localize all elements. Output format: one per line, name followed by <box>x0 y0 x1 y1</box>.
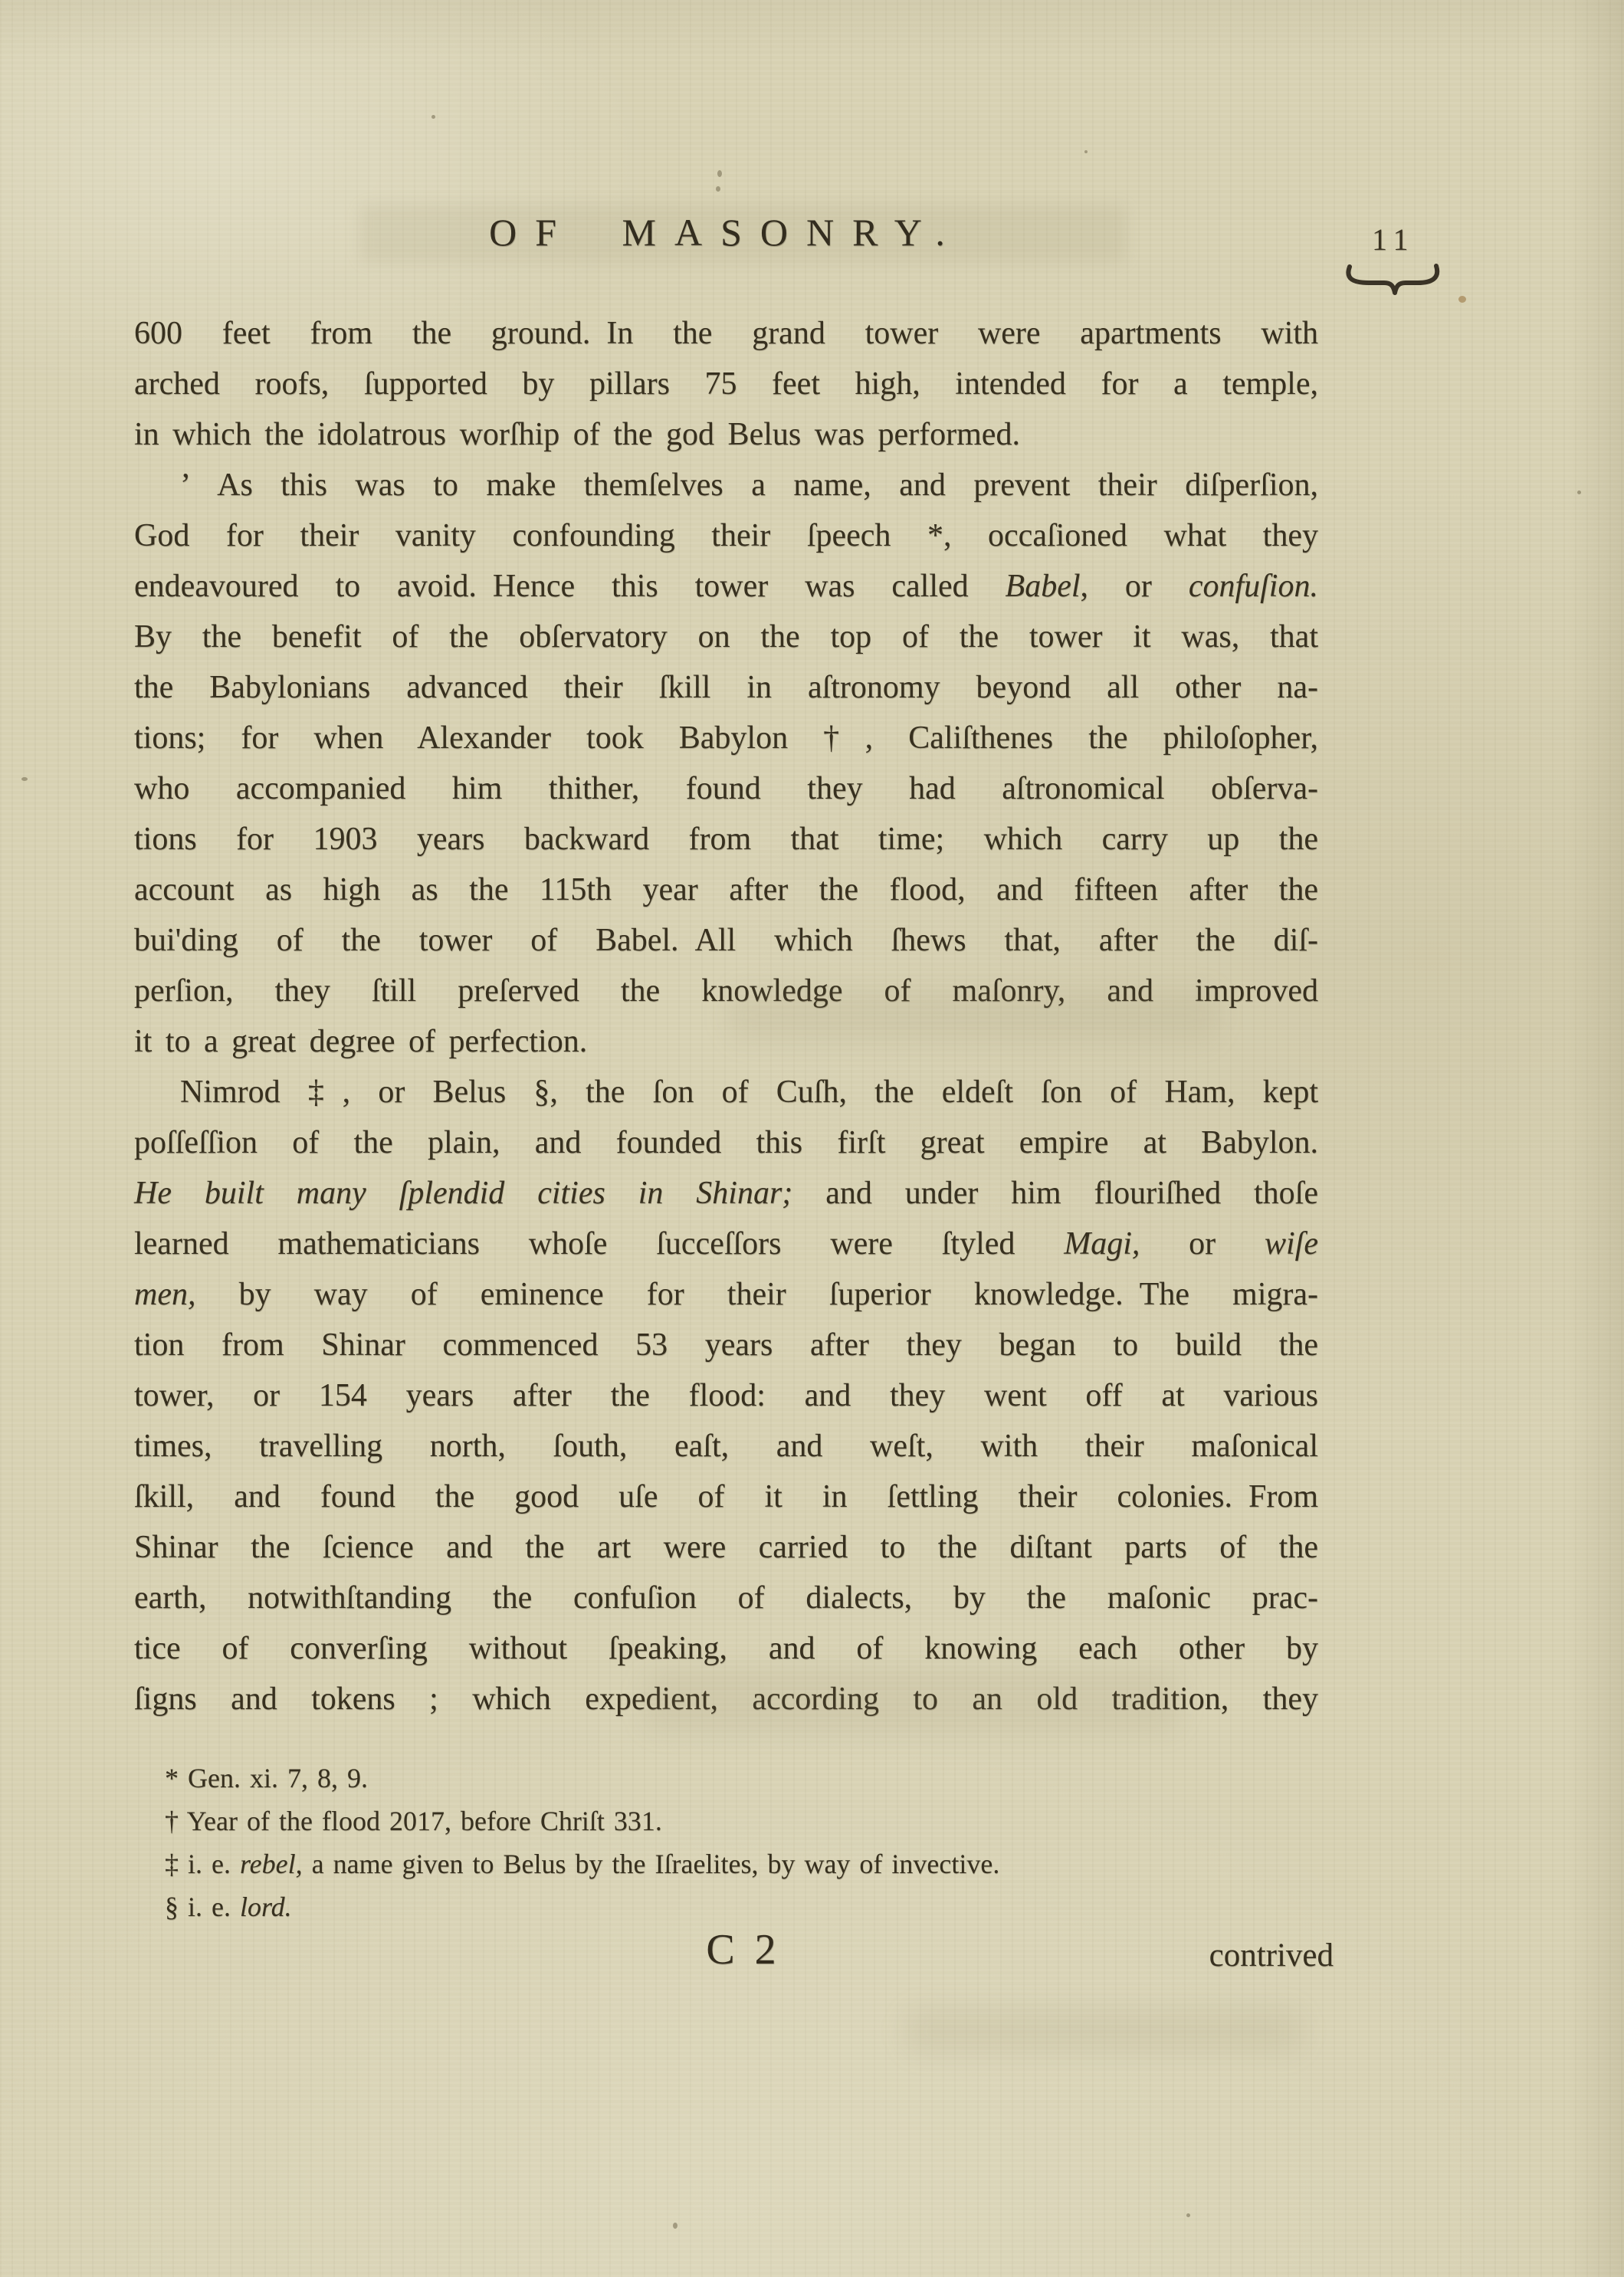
text-line: † Year of the flood 2017, before Chriſt … <box>165 1800 1330 1842</box>
text-line: Shinar the ſcience and the art were carr… <box>134 1522 1318 1573</box>
text-segment: earth, notwithſtanding the confuſion of … <box>134 1580 1318 1616</box>
text-segment: a name given to Belus by the Iſraelites,… <box>303 1849 1000 1879</box>
brace-flourish-icon <box>1343 261 1444 297</box>
text-line: men, by way of eminence for their ſuperi… <box>134 1269 1318 1320</box>
text-line: arched roofs, ſupported by pillars 75 fe… <box>134 359 1318 409</box>
paper-speck <box>716 186 720 192</box>
text-segment: arched roofs, ſupported by pillars 75 fe… <box>134 366 1318 402</box>
paper-speck <box>1084 150 1088 153</box>
italic-text: men, <box>134 1277 195 1312</box>
page-number: 11 <box>1372 222 1416 258</box>
italic-text: wiſe <box>1265 1226 1318 1262</box>
text-segment: or <box>1140 1226 1265 1262</box>
text-line: ‡ i. e. rebel, a name given to Belus by … <box>165 1842 1330 1885</box>
text-line: § i. e. lord. <box>165 1885 1330 1928</box>
text-line: tion from Shinar commenced 53 years afte… <box>134 1320 1318 1370</box>
text-segment: tower, or 154 years after the flood: and… <box>134 1378 1318 1413</box>
text-line: By the benefit of the obſervatory on the… <box>134 612 1318 662</box>
text-segment: tions for 1903 years backward from that … <box>134 822 1318 857</box>
text-segment: tions; for when Alexander took Babylon †… <box>134 720 1318 756</box>
text-line: the Babylonians advanced their ſkill in … <box>134 662 1318 713</box>
text-segment: by way of eminence for their ſuperior kn… <box>195 1277 1318 1312</box>
text-line: tions for 1903 years backward from that … <box>134 814 1318 865</box>
text-line: * Gen. xi. 7, 8, 9. <box>165 1757 1330 1800</box>
text-segment: learned mathematicians whoſe ſucceſſors … <box>134 1226 1064 1262</box>
text-line: He built many ſplendid cities in Shinar;… <box>134 1168 1318 1219</box>
text-segment: who accompanied him thither, found they … <box>134 771 1318 806</box>
text-segment: , or <box>1081 569 1189 604</box>
text-segment: and under him flouriſhed thoſe <box>792 1176 1318 1211</box>
text-segment: endeavoured to avoid. Hence this tower w… <box>134 569 1006 604</box>
paper-speck <box>21 777 28 781</box>
text-segment: Nimrod ‡, or Belus §, the ſon of Cuſh, t… <box>180 1075 1318 1110</box>
text-line: learned mathematicians whoſe ſucceſſors … <box>134 1219 1318 1269</box>
text-segment: 600 feet from the ground. In the grand t… <box>134 316 1318 351</box>
text-line: 600 feet from the ground. In the grand t… <box>134 308 1318 359</box>
paper-speck <box>431 115 435 119</box>
text-line: bui'ding of the tower of Babel. All whic… <box>134 915 1318 966</box>
text-segment: in which the idolatrous worſhip of the g… <box>134 417 1020 452</box>
italic-text: lord. <box>240 1891 292 1922</box>
italic-text: He built many ſplendid cities in Shinar; <box>134 1176 792 1211</box>
text-segment: times, travelling north, ſouth, eaſt, an… <box>134 1429 1318 1464</box>
paper-speck <box>1458 296 1466 303</box>
text-segment: account as high as the 115th year after … <box>134 872 1318 907</box>
italic-text: rebel, <box>240 1849 303 1879</box>
paper-speck <box>673 2223 677 2229</box>
text-segment: † Year of the flood 2017, before Chriſt … <box>165 1806 662 1836</box>
text-line: ʼ As this was to make themſelves a name,… <box>134 460 1318 510</box>
text-segment: By the benefit of the obſervatory on the… <box>134 619 1318 655</box>
text-line: tions; for when Alexander took Babylon †… <box>134 713 1318 763</box>
text-segment: it to a great degree of perfection. <box>134 1024 587 1059</box>
text-line: tice of converſing without ſpeaking, and… <box>134 1623 1318 1674</box>
show-through-stain <box>728 989 1219 1042</box>
text-segment: tice of converſing without ſpeaking, and… <box>134 1631 1318 1666</box>
text-line: tower, or 154 years after the flood: and… <box>134 1370 1318 1421</box>
text-line: earth, notwithſtanding the confuſion of … <box>134 1573 1318 1623</box>
paper-speck <box>1577 491 1581 494</box>
text-line: in which the idolatrous worſhip of the g… <box>134 409 1318 460</box>
text-segment: Shinar the ſcience and the art were carr… <box>134 1530 1318 1565</box>
text-segment: poſſeſſion of the plain, and founded thi… <box>134 1125 1318 1160</box>
text-segment: the Babylonians advanced their ſkill in … <box>134 670 1318 705</box>
text-segment: § i. e. <box>165 1891 240 1922</box>
text-segment: ſkill, and found the good uſe of it in ſ… <box>134 1479 1318 1514</box>
text-segment: ʼ As this was to make themſelves a name,… <box>180 468 1318 503</box>
book-page: OF MASONRY. 11 600 feet from the ground.… <box>0 0 1624 2277</box>
text-segment: ‡ i. e. <box>165 1849 240 1879</box>
text-line: who accompanied him thither, found they … <box>134 763 1318 814</box>
text-line: endeavoured to avoid. Hence this tower w… <box>134 561 1318 612</box>
text-line: God for their vanity confounding their ſ… <box>134 510 1318 561</box>
paper-speck <box>717 170 722 177</box>
text-line: times, travelling north, ſouth, eaſt, an… <box>134 1421 1318 1472</box>
italic-text: confuſion. <box>1189 569 1318 604</box>
text-segment: * Gen. xi. 7, 8, 9. <box>165 1763 368 1793</box>
italic-text: Babel <box>1006 569 1081 604</box>
text-segment: bui'ding of the tower of Babel. All whic… <box>134 923 1318 958</box>
text-segment: tion from Shinar commenced 53 years afte… <box>134 1327 1318 1363</box>
catchword: contrived <box>1111 1934 1334 1977</box>
text-line: account as high as the 115th year after … <box>134 865 1318 915</box>
show-through-stain <box>904 2008 1303 2054</box>
text-line: Nimrod ‡, or Belus §, the ſon of Cuſh, t… <box>134 1067 1318 1117</box>
italic-text: Magi, <box>1064 1226 1140 1262</box>
text-segment: God for their vanity confounding their ſ… <box>134 518 1318 553</box>
text-line: poſſeſſion of the plain, and founded thi… <box>134 1117 1318 1168</box>
text-line: ſkill, and found the good uſe of it in ſ… <box>134 1472 1318 1522</box>
paper-speck <box>1186 2213 1190 2217</box>
running-title: OF MASONRY. <box>134 208 1318 256</box>
signature-mark: C 2 <box>694 1925 793 1974</box>
footnotes: * Gen. xi. 7, 8, 9.† Year of the flood 2… <box>165 1757 1330 1928</box>
show-through-stain <box>644 1671 1180 1732</box>
